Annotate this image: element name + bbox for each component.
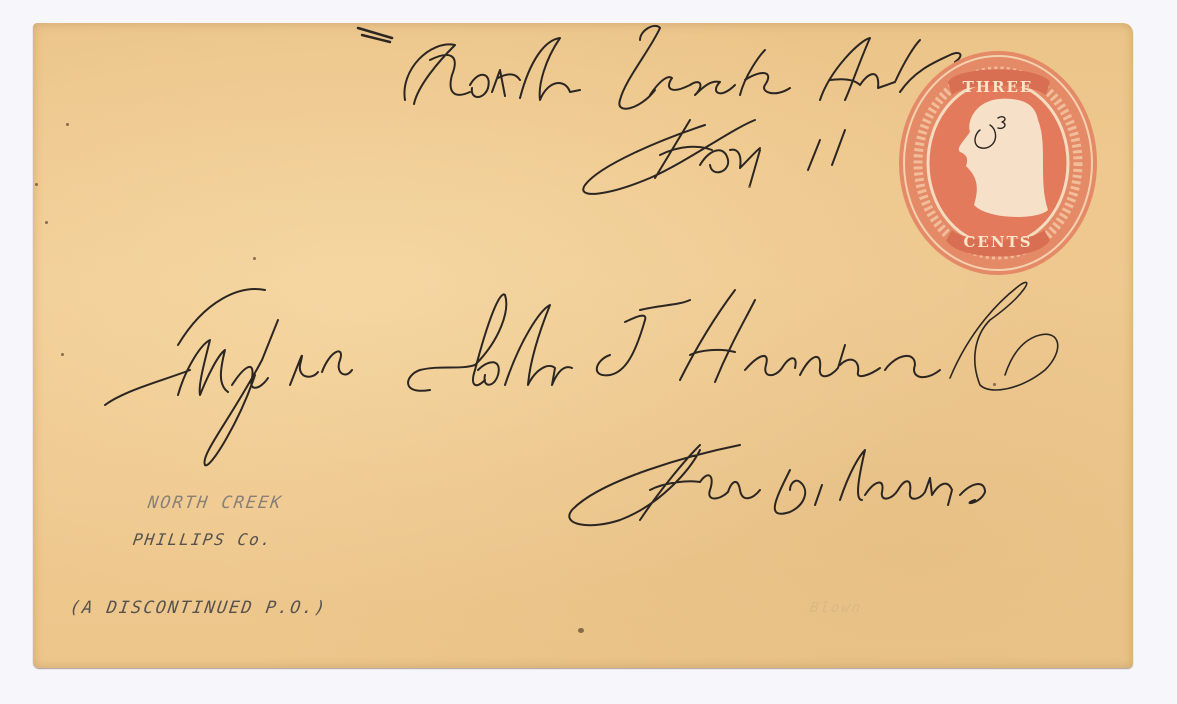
paper-speck [578, 628, 584, 633]
stamp-bottom-label: CENTS [898, 233, 1098, 251]
pencil-note-faint: Blown [809, 600, 863, 616]
paper-speck [45, 221, 48, 224]
paper-speck [993, 383, 996, 386]
paper-speck [66, 123, 69, 126]
pencil-note-county: PHILLIPS Co. [132, 530, 274, 549]
paper-speck [61, 353, 64, 356]
paper-speck [748, 185, 751, 188]
address-city: New Orleans [570, 455, 927, 518]
postmark-town: North Creek Arks [405, 45, 818, 99]
postmark-date: Nov 11 [600, 120, 767, 174]
paper-speck [253, 257, 256, 260]
address-recipient: Messrs John T. Hardie & Co [110, 330, 872, 393]
stamp-top-label: THREE [898, 78, 1098, 96]
postage-stamp-three-cents: THREE CENTS [898, 50, 1098, 276]
pencil-note-discontinued: (A DISCONTINUED P.O.) [69, 598, 329, 618]
paper-speck [35, 183, 38, 186]
pencil-note-town: NORTH CREEK [147, 493, 284, 513]
